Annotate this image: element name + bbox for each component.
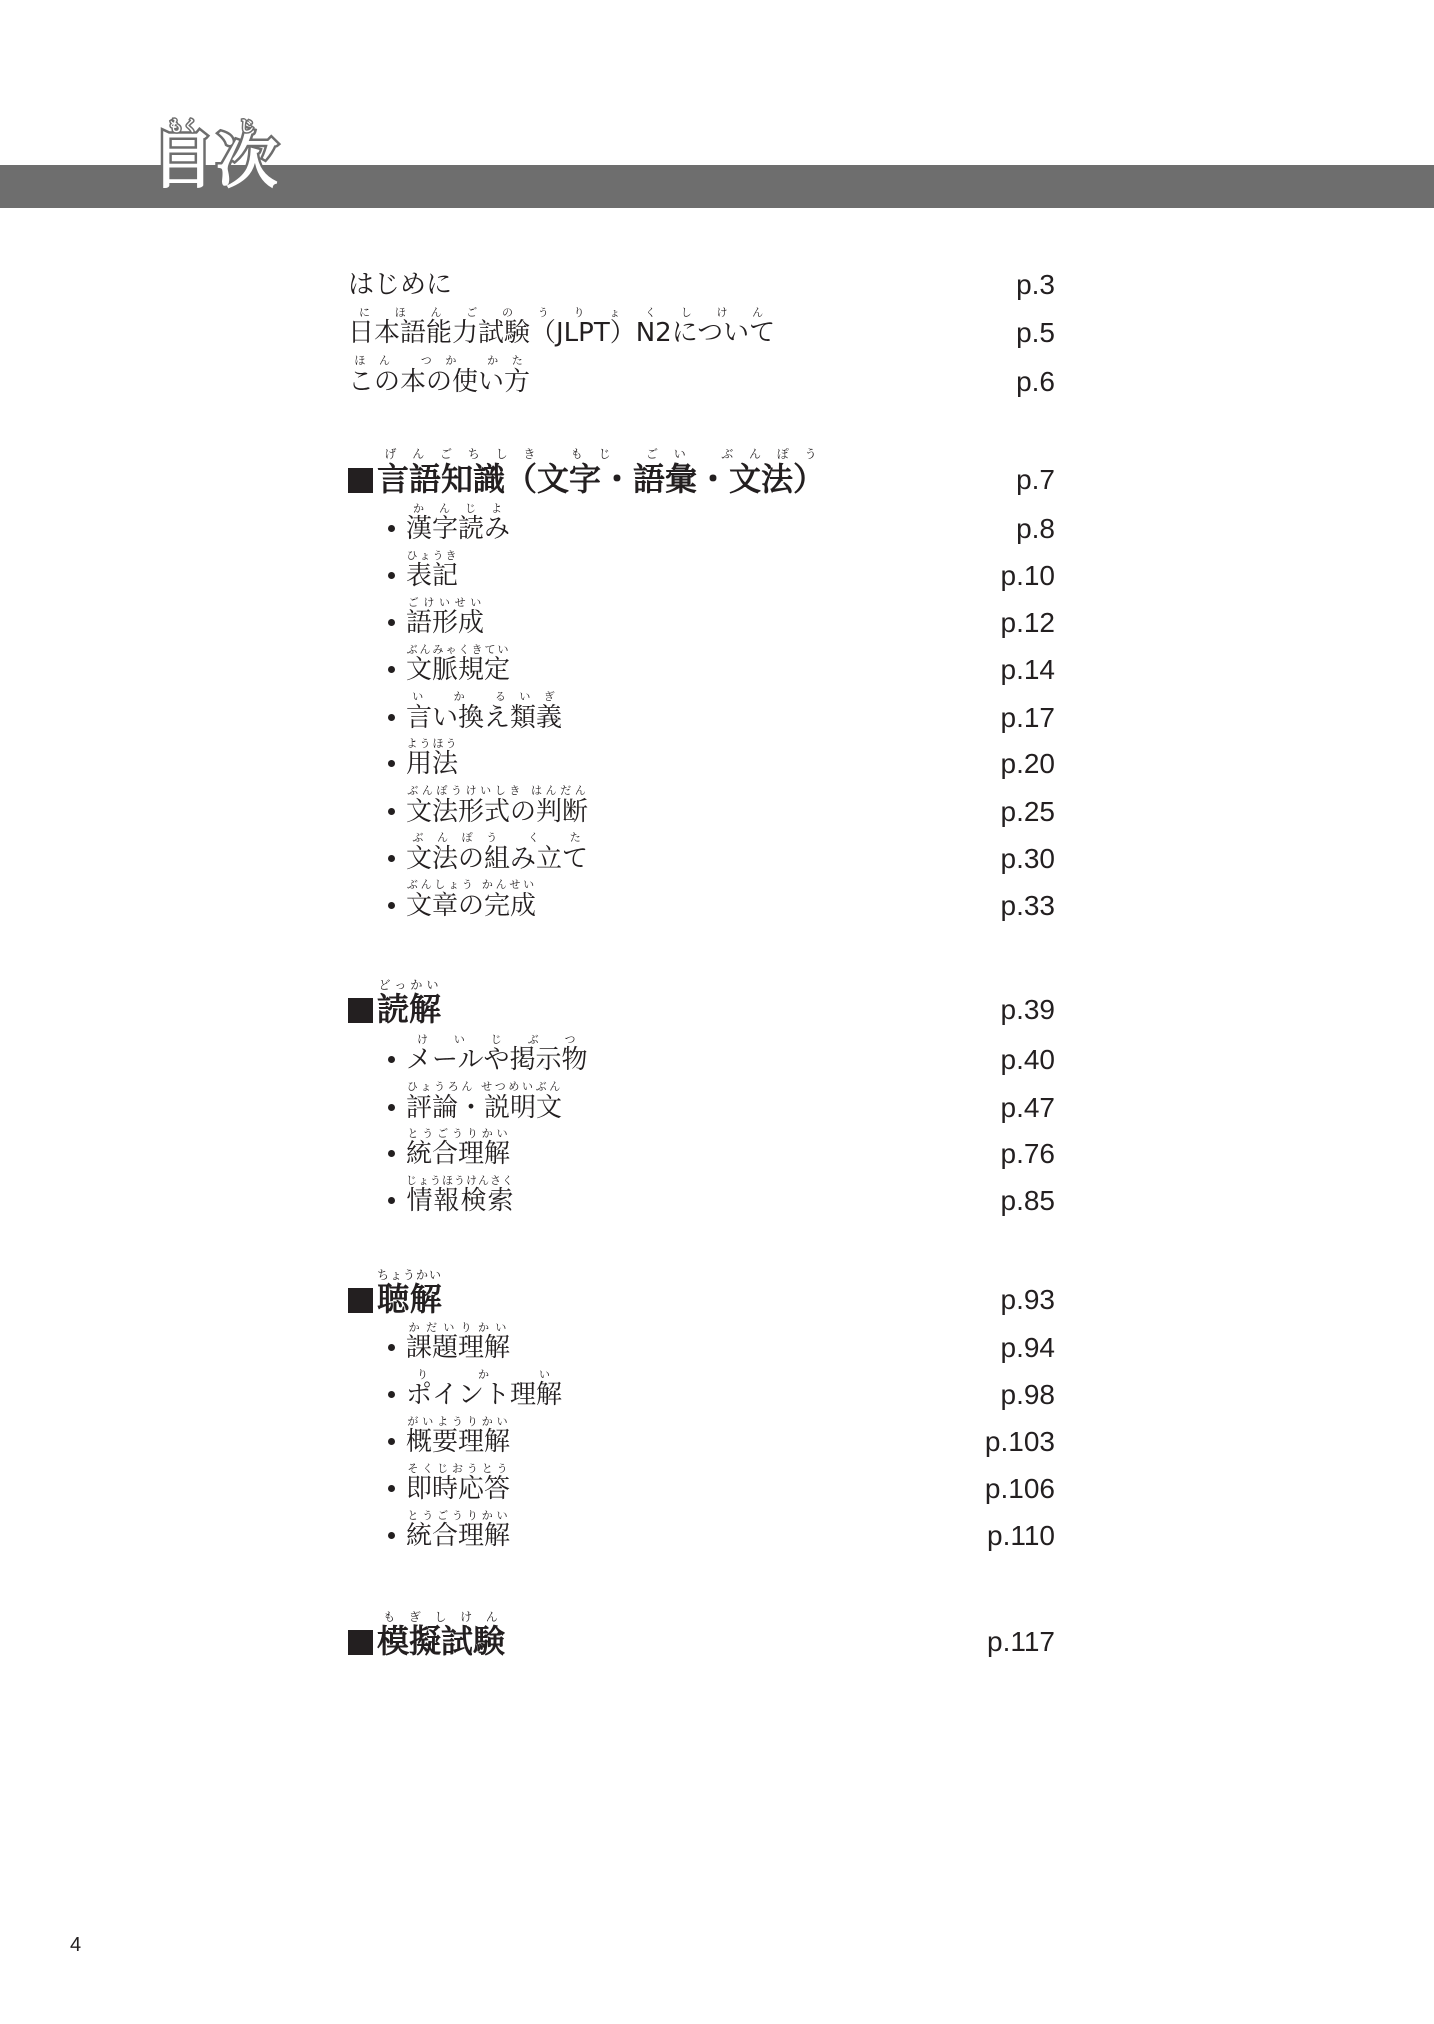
bullet-icon bbox=[388, 808, 395, 815]
toc-section[interactable]: 読解どっかい p.39 bbox=[348, 978, 1055, 1027]
toc-section[interactable]: 模擬試験もぎしけん p.117 bbox=[348, 1610, 1055, 1659]
toc-item[interactable]: 語形成ごけいせいp.12 bbox=[348, 596, 1055, 638]
toc-item[interactable]: 文法形式の判断ぶんぽうけいしき はんだんp.25 bbox=[348, 784, 1055, 827]
square-bullet-icon bbox=[348, 998, 373, 1023]
bullet-icon bbox=[388, 714, 395, 721]
bullet-icon bbox=[388, 855, 395, 862]
toc-item[interactable]: 用法ようほうp.20 bbox=[348, 737, 1055, 779]
bullet-icon bbox=[388, 760, 395, 767]
bullet-icon bbox=[388, 572, 395, 579]
bullet-icon bbox=[388, 1391, 395, 1398]
toc-section[interactable]: 聴解ちょうかい p.93 bbox=[348, 1268, 1055, 1317]
page-number: 4 bbox=[70, 1934, 81, 1957]
bullet-icon bbox=[388, 1438, 395, 1445]
bullet-icon bbox=[388, 1056, 395, 1063]
title-char: もく目 bbox=[152, 116, 214, 206]
bullet-icon bbox=[388, 1532, 395, 1539]
toc-item[interactable]: メールや掲示物けいじぶつp.40 bbox=[348, 1033, 1055, 1075]
toc-item[interactable]: 情報検索じょうほうけんさくp.85 bbox=[348, 1174, 1055, 1216]
toc-item[interactable]: 漢字読みかんじよp.8 bbox=[348, 502, 1055, 544]
bullet-icon bbox=[388, 1197, 395, 1204]
toc-entry[interactable]: はじめに p.3 bbox=[348, 270, 1055, 300]
toc-item[interactable]: 概要理解がいようりかいp.103 bbox=[348, 1415, 1055, 1457]
square-bullet-icon bbox=[348, 1288, 373, 1313]
bullet-icon bbox=[388, 1104, 395, 1111]
title-char: じ次 bbox=[216, 116, 278, 206]
bullet-icon bbox=[388, 1150, 395, 1157]
bullet-icon bbox=[388, 902, 395, 909]
toc-item[interactable]: 文章の完成ぶんしょう かんせいp.33 bbox=[348, 878, 1055, 921]
toc-item[interactable]: 統合理解とうごうりかいp.76 bbox=[348, 1127, 1055, 1169]
toc-item[interactable]: 統合理解とうごうりかいp.110 bbox=[348, 1509, 1055, 1551]
toc-entry[interactable]: この本の使い方ほん つか かた p.6 bbox=[348, 354, 1055, 397]
page-title: もく目 じ次 bbox=[152, 116, 280, 206]
bullet-icon bbox=[388, 525, 395, 532]
toc-item[interactable]: 課題理解かだいりかいp.94 bbox=[348, 1321, 1055, 1363]
toc-entry[interactable]: 日本語能力試験（JLPT）N2についてにほんごのうりょくしけん p.5 bbox=[348, 306, 1055, 348]
bullet-icon bbox=[388, 1344, 395, 1351]
toc-item[interactable]: 表記ひょうきp.10 bbox=[348, 549, 1055, 591]
square-bullet-icon bbox=[348, 468, 373, 493]
toc-item[interactable]: ポイント理解りかいp.98 bbox=[348, 1368, 1055, 1410]
square-bullet-icon bbox=[348, 1630, 373, 1655]
toc-item[interactable]: 文脈規定ぶんみゃくきていp.14 bbox=[348, 643, 1055, 685]
bullet-icon bbox=[388, 619, 395, 626]
toc-item[interactable]: 言い換え類義い か るいぎp.17 bbox=[348, 690, 1055, 733]
toc-item[interactable]: 即時応答そくじおうとうp.106 bbox=[348, 1462, 1055, 1504]
toc-item[interactable]: 評論・説明文ひょうろん せつめいぶんp.47 bbox=[348, 1080, 1055, 1123]
bullet-icon bbox=[388, 1485, 395, 1492]
toc-section[interactable]: 言語知識（文字・語彙・文法）げんごちしき もじ ごい ぶんぽう p.7 bbox=[348, 447, 1055, 497]
bullet-icon bbox=[388, 666, 395, 673]
toc-item[interactable]: 文法の組み立てぶんぽう く たp.30 bbox=[348, 831, 1055, 874]
